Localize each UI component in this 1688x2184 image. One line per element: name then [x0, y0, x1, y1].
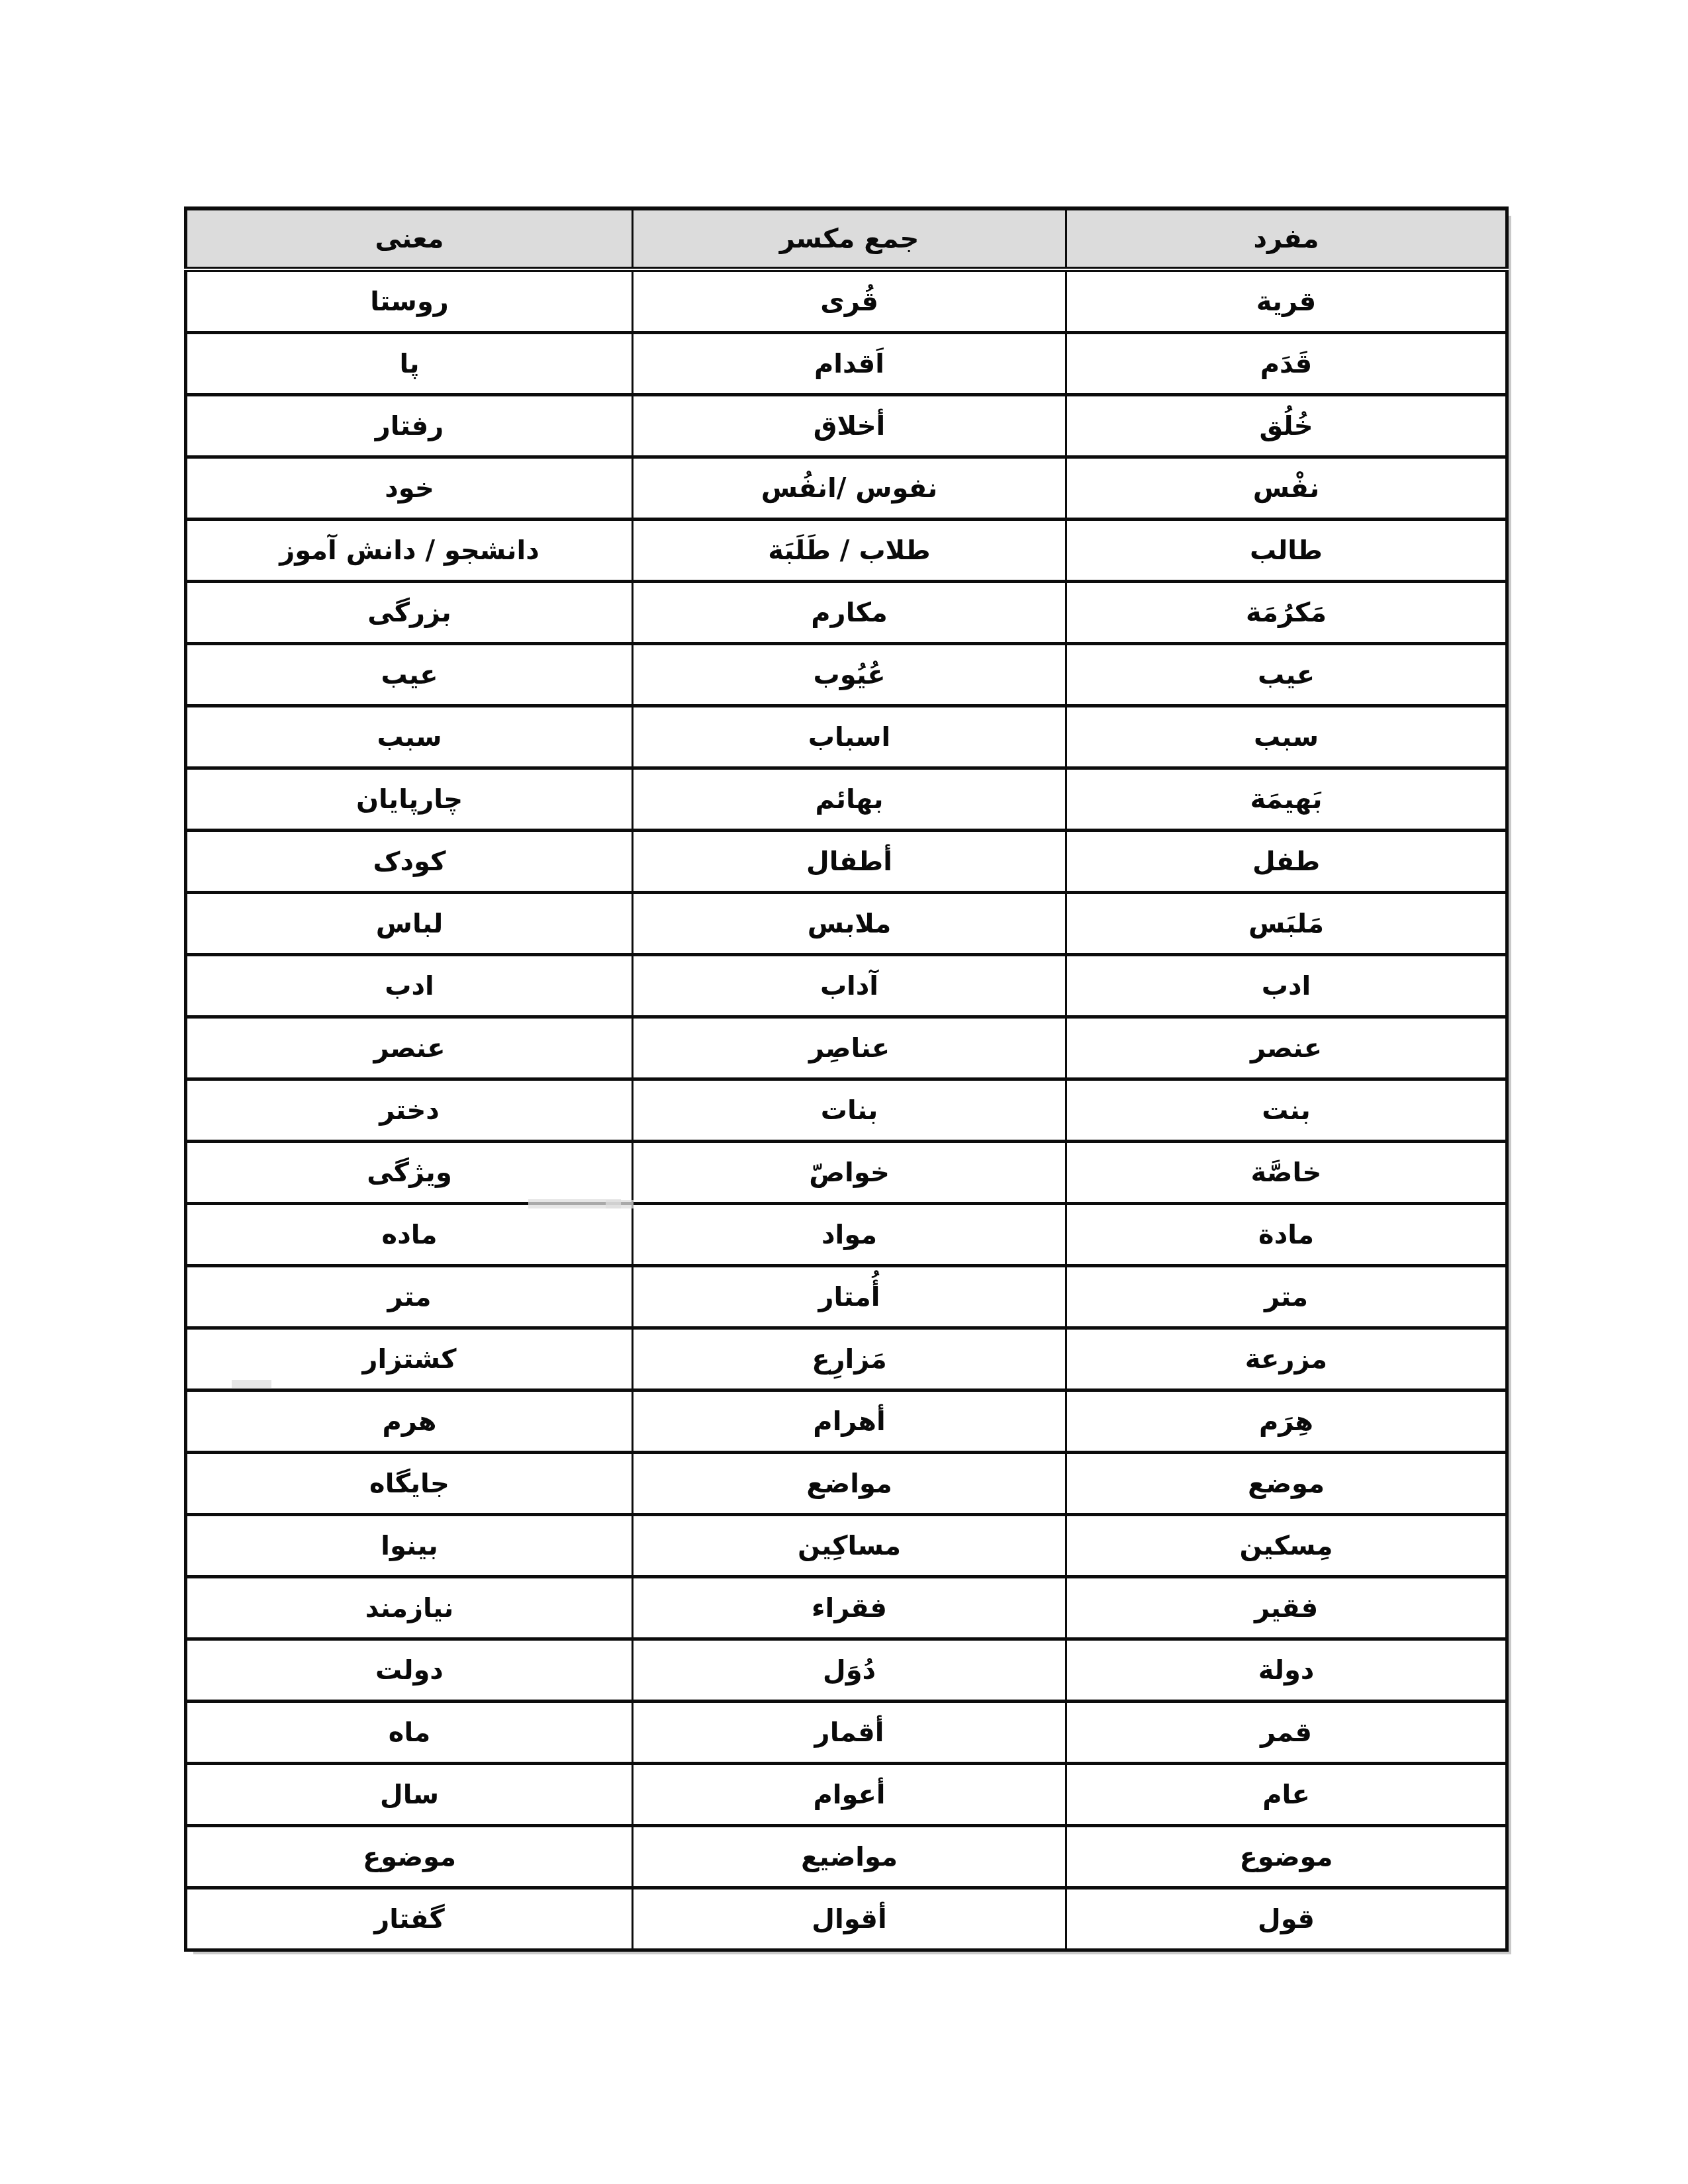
cell-meaning: متر — [186, 1266, 633, 1328]
cell-singular: قمر — [1066, 1702, 1507, 1764]
cell-plural: مواد — [633, 1204, 1066, 1266]
document-page: مفرد جمع مكسر معنى قريةقُرىروستاقَدَماَق… — [0, 0, 1688, 2184]
table-row: مزرعةمَزارِعکشتزار — [186, 1328, 1507, 1390]
cell-plural: ملابس — [633, 893, 1066, 955]
cell-meaning: هرم — [186, 1390, 633, 1453]
cell-plural: قُرى — [633, 269, 1066, 333]
cell-singular: مادة — [1066, 1204, 1507, 1266]
broken-plural-vocab-table: مفرد جمع مكسر معنى قريةقُرىروستاقَدَماَق… — [184, 206, 1509, 1952]
table-row: مترأُمتارمتر — [186, 1266, 1507, 1328]
cell-singular: قرية — [1066, 269, 1507, 333]
table-row: نفْسنفوس /انفُسخود — [186, 457, 1507, 520]
cell-plural: طلاب / طَلَبَة — [633, 520, 1066, 582]
cell-meaning: سبب — [186, 706, 633, 768]
cell-meaning: سال — [186, 1764, 633, 1826]
cell-meaning: ماده — [186, 1204, 633, 1266]
header-singular: مفرد — [1066, 208, 1507, 269]
cell-singular: عنصر — [1066, 1017, 1507, 1079]
cell-meaning: لباس — [186, 893, 633, 955]
table-body: قريةقُرىروستاقَدَماَقدامپاخُلُقأخلاقرفتا… — [186, 269, 1507, 1950]
cell-singular: مَلبَس — [1066, 893, 1507, 955]
cell-singular: موضع — [1066, 1453, 1507, 1515]
cell-meaning: خود — [186, 457, 633, 520]
cell-singular: فقير — [1066, 1577, 1507, 1639]
cell-plural: بنات — [633, 1079, 1066, 1142]
cell-meaning: ویژگی — [186, 1142, 633, 1204]
table-row: مادةموادماده — [186, 1204, 1507, 1266]
cell-plural: أعوام — [633, 1764, 1066, 1826]
cell-plural: دُوَل — [633, 1639, 1066, 1702]
cell-plural: اَقدام — [633, 333, 1066, 395]
cell-plural: مساكِين — [633, 1515, 1066, 1577]
cell-plural: بهائم — [633, 768, 1066, 831]
table-row: فقيرفقراءنیازمند — [186, 1577, 1507, 1639]
table-row: هِرَمأهرامهرم — [186, 1390, 1507, 1453]
cell-plural: مكارم — [633, 582, 1066, 644]
cell-meaning: روستا — [186, 269, 633, 333]
cell-meaning: جایگاه — [186, 1453, 633, 1515]
cell-plural: أخلاق — [633, 395, 1066, 457]
cell-plural: مَزارِع — [633, 1328, 1066, 1390]
cell-singular: دولة — [1066, 1639, 1507, 1702]
cell-plural: اسباب — [633, 706, 1066, 768]
table-row: ادبآدابادب — [186, 955, 1507, 1017]
cell-singular: موضوع — [1066, 1826, 1507, 1888]
cell-meaning: گفتار — [186, 1888, 633, 1950]
header-row: مفرد جمع مكسر معنى — [186, 208, 1507, 269]
cell-meaning: بزرگی — [186, 582, 633, 644]
cell-plural: أقوال — [633, 1888, 1066, 1950]
table-row: خاصَّةخواصّویژگی — [186, 1142, 1507, 1204]
cell-meaning: عنصر — [186, 1017, 633, 1079]
cell-meaning: رفتار — [186, 395, 633, 457]
cell-singular: قول — [1066, 1888, 1507, 1950]
table-row: قولأقوالگفتار — [186, 1888, 1507, 1950]
cell-singular: خُلُق — [1066, 395, 1507, 457]
scan-artifact — [232, 1380, 271, 1388]
cell-singular: مِسكين — [1066, 1515, 1507, 1577]
cell-singular: بَهيمَة — [1066, 768, 1507, 831]
cell-plural: عناصِر — [633, 1017, 1066, 1079]
cell-meaning: موضوع — [186, 1826, 633, 1888]
cell-plural: أُمتار — [633, 1266, 1066, 1328]
cell-singular: سبب — [1066, 706, 1507, 768]
cell-singular: مزرعة — [1066, 1328, 1507, 1390]
cell-meaning: عیب — [186, 644, 633, 706]
table-row: سبباسبابسبب — [186, 706, 1507, 768]
cell-singular: مَكرُمَة — [1066, 582, 1507, 644]
cell-singular: طالب — [1066, 520, 1507, 582]
cell-plural: فقراء — [633, 1577, 1066, 1639]
table-row: قمرأقمارماه — [186, 1702, 1507, 1764]
cell-plural: نفوس /انفُس — [633, 457, 1066, 520]
header-plural: جمع مكسر — [633, 208, 1066, 269]
cell-singular: خاصَّة — [1066, 1142, 1507, 1204]
cell-singular: عام — [1066, 1764, 1507, 1826]
table-row: موضعمواضعجایگاه — [186, 1453, 1507, 1515]
table-row: عنصرعناصِرعنصر — [186, 1017, 1507, 1079]
cell-meaning: دانشجو / دانش آموز — [186, 520, 633, 582]
cell-plural: مواضع — [633, 1453, 1066, 1515]
cell-meaning: نیازمند — [186, 1577, 633, 1639]
table-row: عامأعوامسال — [186, 1764, 1507, 1826]
table-row: مَكرُمَةمكارمبزرگی — [186, 582, 1507, 644]
header-meaning: معنى — [186, 208, 633, 269]
table-row: بنتبناتدختر — [186, 1079, 1507, 1142]
cell-plural: أطفال — [633, 831, 1066, 893]
cell-plural: آداب — [633, 955, 1066, 1017]
table-row: عيبعُيُوبعیب — [186, 644, 1507, 706]
cell-singular: بنت — [1066, 1079, 1507, 1142]
cell-meaning: دولت — [186, 1639, 633, 1702]
cell-plural: عُيُوب — [633, 644, 1066, 706]
cell-meaning: پا — [186, 333, 633, 395]
cell-plural: مواضيع — [633, 1826, 1066, 1888]
table-row: بَهيمَةبهائمچارپایان — [186, 768, 1507, 831]
scan-artifact — [606, 1200, 633, 1208]
cell-singular: عيب — [1066, 644, 1507, 706]
cell-meaning: ماه — [186, 1702, 633, 1764]
table-row: قَدَماَقدامپا — [186, 333, 1507, 395]
cell-singular: متر — [1066, 1266, 1507, 1328]
cell-plural: أقمار — [633, 1702, 1066, 1764]
table-row: طالبطلاب / طَلَبَةدانشجو / دانش آموز — [186, 520, 1507, 582]
cell-singular: نفْس — [1066, 457, 1507, 520]
cell-singular: ادب — [1066, 955, 1507, 1017]
cell-singular: هِرَم — [1066, 1390, 1507, 1453]
table-row: مَلبَسملابسلباس — [186, 893, 1507, 955]
cell-meaning: چارپایان — [186, 768, 633, 831]
cell-meaning: کودک — [186, 831, 633, 893]
table-row: موضوعمواضيعموضوع — [186, 1826, 1507, 1888]
cell-meaning: ادب — [186, 955, 633, 1017]
cell-singular: قَدَم — [1066, 333, 1507, 395]
table-row: طفلأطفالکودک — [186, 831, 1507, 893]
table-row: خُلُقأخلاقرفتار — [186, 395, 1507, 457]
table-row: دولةدُوَلدولت — [186, 1639, 1507, 1702]
cell-singular: طفل — [1066, 831, 1507, 893]
table-row: قريةقُرىروستا — [186, 269, 1507, 333]
cell-plural: خواصّ — [633, 1142, 1066, 1204]
cell-meaning: دختر — [186, 1079, 633, 1142]
cell-plural: أهرام — [633, 1390, 1066, 1453]
table-row: مِسكينمساكِينبینوا — [186, 1515, 1507, 1577]
cell-meaning: بینوا — [186, 1515, 633, 1577]
